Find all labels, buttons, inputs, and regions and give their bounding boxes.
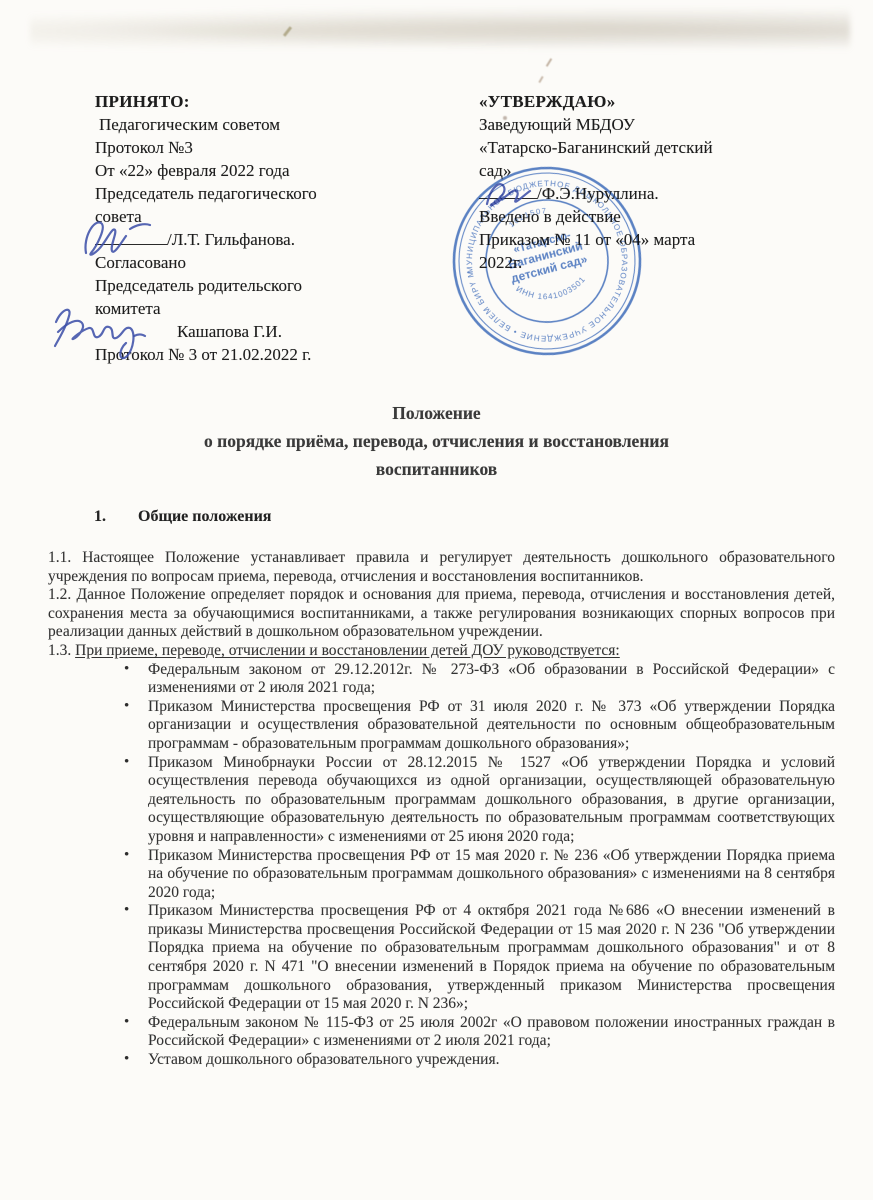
accepted-line: комитета bbox=[95, 297, 435, 320]
approved-line: «Татарско-Баганинский детский bbox=[479, 136, 819, 159]
list-item-text: Федеральным законом от 29.12.2012г. № 27… bbox=[148, 661, 835, 697]
approved-line: Заведующий МБДОУ bbox=[479, 113, 819, 136]
section-1-heading: 1.Общие положения bbox=[94, 508, 271, 526]
list-item: Федеральным законом от 29.12.2012г. № 27… bbox=[148, 661, 835, 698]
accepted-block: ПРИНЯТО: Педагогическим советом Протокол… bbox=[95, 90, 435, 366]
signature-line bbox=[95, 230, 167, 245]
list-item: Федеральным законом № 115-ФЗ от 25 июля … bbox=[148, 1014, 835, 1051]
document-title-line1: Положение bbox=[0, 399, 873, 427]
list-item: Уставом дошкольного образовательного учр… bbox=[148, 1051, 835, 1070]
approved-heading: «УТВЕРЖДАЮ» bbox=[479, 90, 819, 113]
accepted-line: От «22» февраля 2022 года bbox=[95, 159, 435, 182]
paragraph-1-3: 1.3. При приеме, переводе, отчислении и … bbox=[48, 642, 835, 661]
accepted-signature-row: /Л.Т. Гильфанова. bbox=[95, 228, 435, 251]
list-item: Приказом Министерства просвещения РФ от … bbox=[148, 847, 835, 903]
document-title-line2: о порядке приёма, перевода, отчисления и… bbox=[0, 427, 873, 455]
scan-speck bbox=[546, 58, 552, 67]
approved-block: «УТВЕРЖДАЮ» Заведующий МБДОУ «Татарско-Б… bbox=[479, 90, 819, 274]
accepted-heading: ПРИНЯТО: bbox=[95, 90, 435, 113]
accepted-line: Протокол №3 bbox=[95, 136, 435, 159]
list-item-text: Приказом Минобрнауки России от 28.12.201… bbox=[148, 754, 835, 845]
accepted-line: Председатель педагогического bbox=[95, 182, 435, 205]
accepted-line: Согласовано bbox=[95, 251, 435, 274]
list-item: Приказом Министерства просвещения РФ от … bbox=[148, 698, 835, 754]
section-1-number: 1. bbox=[94, 508, 138, 526]
approved-line: 2022г. bbox=[479, 251, 819, 274]
list-item-text: Уставом дошкольного образовательного учр… bbox=[148, 1051, 499, 1068]
accepted-line: Председатель родительского bbox=[95, 274, 435, 297]
scan-smudge bbox=[30, 8, 850, 54]
accepted-signatory-name: /Л.Т. Гильфанова. bbox=[167, 230, 295, 249]
approved-line: Приказом № 11 от «04» марта bbox=[479, 228, 819, 251]
signature-line bbox=[479, 184, 537, 199]
approved-line: сад» bbox=[479, 159, 819, 182]
document-title-line3: воспитанников bbox=[0, 455, 873, 483]
approved-line: Введено в действие bbox=[479, 205, 819, 228]
document-title: Положение о порядке приёма, перевода, от… bbox=[0, 399, 873, 483]
list-item: Приказом Министерства просвещения РФ от … bbox=[148, 902, 835, 1014]
section-1-title: Общие положения bbox=[138, 508, 271, 525]
stamp-inn-arc: ИНН 1641003501 bbox=[513, 274, 589, 307]
list-item-text: Приказом Министерства просвещения РФ от … bbox=[148, 847, 835, 901]
accepted-line: Протокол № 3 от 21.02.2022 г. bbox=[95, 343, 435, 366]
paragraph-1-1: 1.1. Настоящее Положение устанавливает п… bbox=[48, 549, 835, 586]
svg-text:ИНН 1641003501: ИНН 1641003501 bbox=[513, 274, 589, 307]
approved-signatory-name: /Ф.Э.Нуруллина. bbox=[537, 184, 659, 203]
list-item-text: Приказом Министерства просвещения РФ от … bbox=[148, 902, 835, 1012]
accepted-line: совета bbox=[95, 205, 435, 228]
scan-speck bbox=[283, 26, 292, 37]
scanned-document-page: ПРИНЯТО: Педагогическим советом Протокол… bbox=[0, 0, 873, 1200]
paragraph-1-3-text: При приеме, переводе, отчислении и восст… bbox=[75, 642, 620, 659]
approved-signature-row: /Ф.Э.Нуруллина. bbox=[479, 182, 819, 205]
legal-references-list: Федеральным законом от 29.12.2012г. № 27… bbox=[48, 661, 835, 1070]
accepted-signature2-row: Кашапова Г.И. bbox=[95, 320, 435, 343]
list-item: Приказом Минобрнауки России от 28.12.201… bbox=[148, 754, 835, 847]
paragraph-1-2: 1.2. Данное Положение определяет порядок… bbox=[48, 586, 835, 642]
accepted-signatory2-name: Кашапова Г.И. bbox=[177, 322, 282, 341]
list-item-text: Федеральным законом № 115-ФЗ от 25 июля … bbox=[148, 1014, 835, 1050]
paragraph-1-3-number: 1.3. bbox=[48, 642, 71, 659]
scan-speck bbox=[538, 76, 543, 83]
list-item-text: Приказом Министерства просвещения РФ от … bbox=[148, 698, 835, 752]
accepted-line: Педагогическим советом bbox=[95, 113, 435, 136]
document-body: 1.1. Настоящее Положение устанавливает п… bbox=[48, 549, 835, 1070]
